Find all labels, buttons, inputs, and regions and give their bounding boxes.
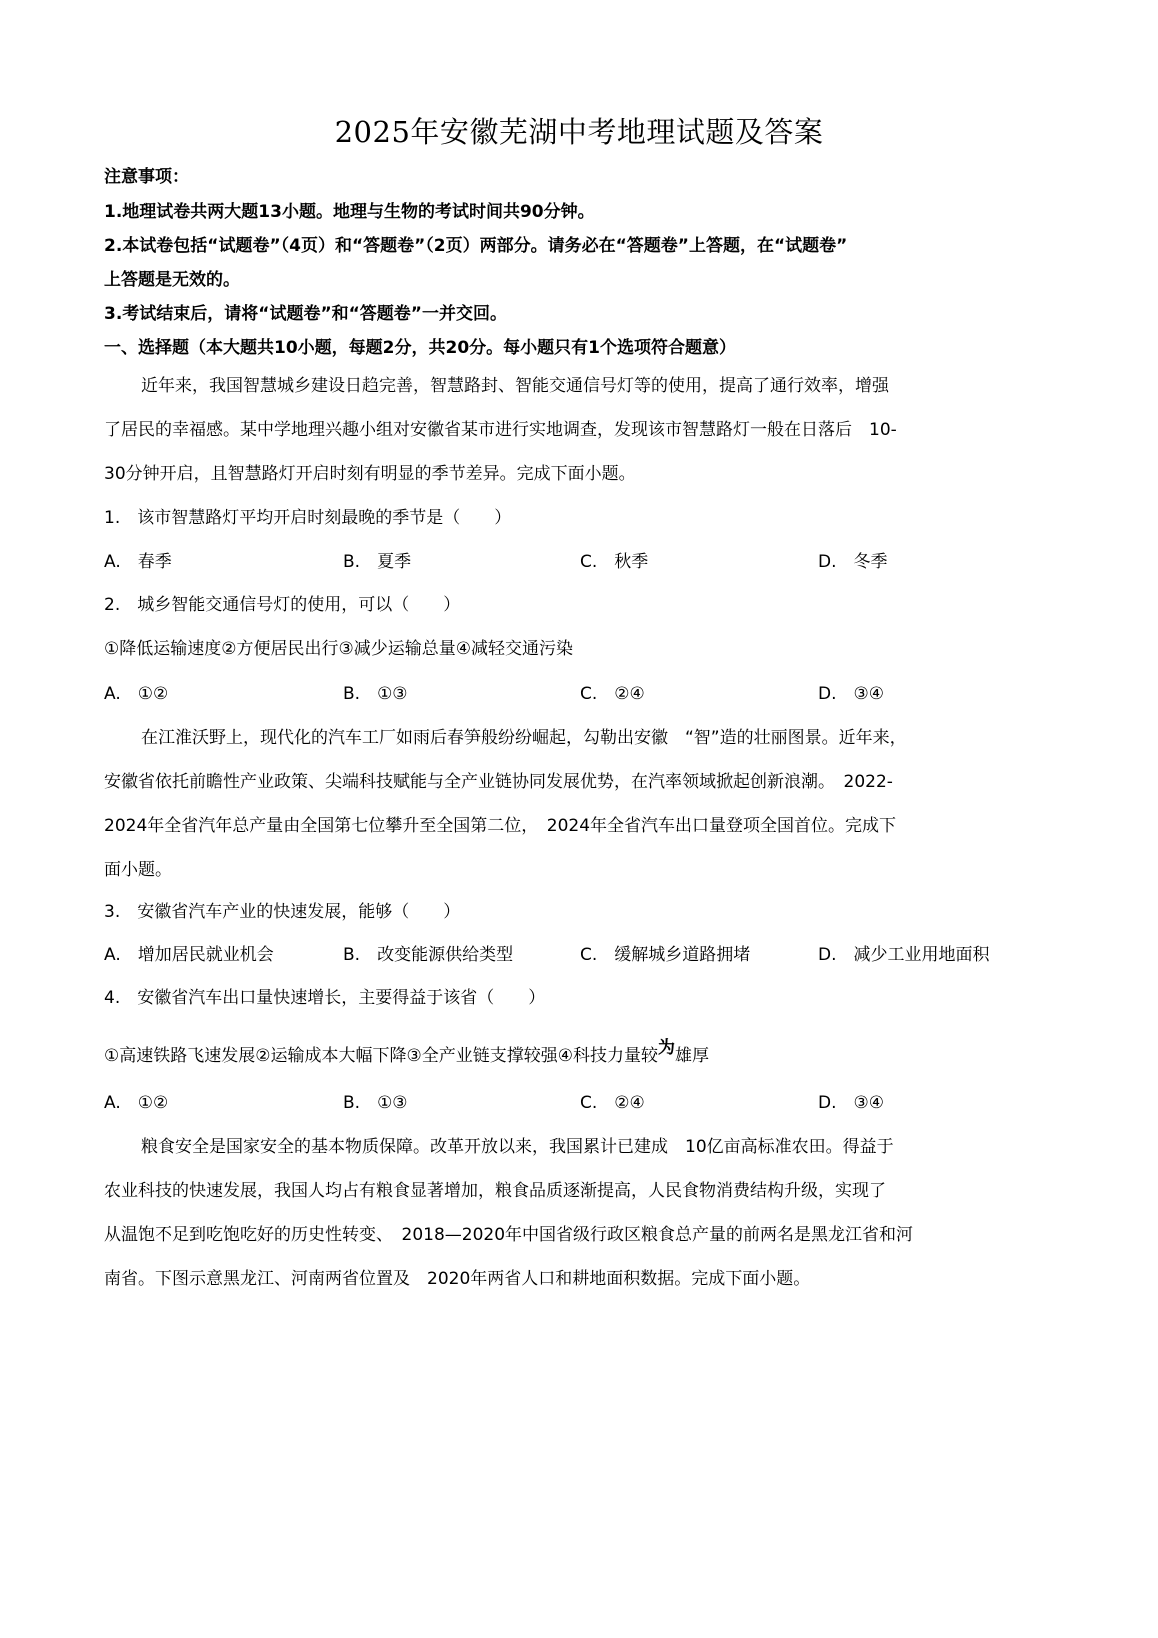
q1-option-d: D. 冬季	[818, 551, 888, 573]
document-title: 2025年安徽芜湖中考地理试题及答案	[0, 114, 1158, 150]
passage3-line: 南省。下图示意黑龙江、河南两省位置及 2020年两省人口和耕地面积数据。完成下面…	[104, 1268, 810, 1290]
section-heading: 一、选择题（本大题共10小题，每题2分，共20分。每小题只有1个选项符合题意）	[104, 337, 736, 359]
question-3-stem: 3. 安徽省汽车产业的快速发展，能够（ ）	[104, 901, 460, 923]
q4-option-c: C. ②④	[580, 1092, 645, 1114]
q2-option-b: B. ①③	[343, 683, 408, 705]
passage1-line: 近年来，我国智慧城乡建设日趋完善，智慧路封、智能交通信号灯等的使用，提高了通行效…	[141, 375, 889, 397]
q3-option-c: C. 缓解城乡道路拥堵	[580, 944, 750, 966]
q4-statements-text-end: 雄厚	[675, 1046, 709, 1066]
question-4-stem: 4. 安徽省汽车出口量快速增长，主要得益于该省（ ）	[104, 987, 545, 1009]
passage1-line: 30分钟开启，且智慧路灯开启时刻有明显的季节差异。完成下面小题。	[104, 463, 636, 485]
q4-option-d: D. ③④	[818, 1092, 884, 1114]
note-item-3: 3.考试结束后，请将“试题卷”和“答题卷”一并交回。	[104, 303, 507, 325]
passage3-line: 粮食安全是国家安全的基本物质保障。改革开放以来，我国累计已建成 10亿亩高标准农…	[141, 1136, 894, 1158]
q1-option-b: B. 夏季	[343, 551, 411, 573]
note-item-2-continued: 上答题是无效的。	[104, 269, 240, 291]
q1-option-c: C. 秋季	[580, 551, 648, 573]
q3-option-d: D. 减少工业用地面积	[818, 944, 990, 966]
question-2-stem: 2. 城乡智能交通信号灯的使用，可以（ ）	[104, 594, 460, 616]
q4-option-a: A. ①②	[104, 1092, 168, 1114]
q4-statements-text: ①高速铁路飞速发展②运输成本大幅下降③全产业链支撑较强④科技力量较	[104, 1046, 658, 1066]
passage3-line: 农业科技的快速发展，我国人均占有粮食显著增加，粮食品质逐渐提高，人民食物消费结构…	[104, 1180, 886, 1202]
q3-option-b: B. 改变能源供给类型	[343, 944, 513, 966]
passage2-line: 2024年全省汽年总产量由全国第七位攀升至全国第二位， 2024年全省汽车出口量…	[104, 815, 896, 837]
q4-option-b: B. ①③	[343, 1092, 408, 1114]
passage1-line: 了居民的幸福感。某中学地理兴趣小组对安徽省某市进行实地调查，发现该市智慧路灯一般…	[104, 419, 897, 441]
q2-option-a: A. ①②	[104, 683, 168, 705]
question-1-stem: 1. 该市智慧路灯平均开启时刻最晚的季节是（ ）	[104, 507, 511, 529]
q3-option-a: A. 增加居民就业机会	[104, 944, 274, 966]
note-item-1: 1.地理试卷共两大题13小题。地理与生物的考试时间共90分钟。	[104, 201, 595, 223]
exam-page: 2025年安徽芜湖中考地理试题及答案 注意事项： 1.地理试卷共两大题13小题。…	[0, 0, 1158, 1638]
passage2-line: 面小题。	[104, 859, 172, 881]
question-4-statements: ①高速铁路飞速发展②运输成本大幅下降③全产业链支撑较强④科技力量较为雄厚	[104, 1045, 709, 1067]
q1-option-a: A. 春季	[104, 551, 172, 573]
q2-option-c: C. ②④	[580, 683, 645, 705]
note-item-2: 2.本试卷包括“试题卷”（4页）和“答题卷”（2页）两部分。请务必在“答题卷”上…	[104, 235, 847, 257]
q4-statements-raised-char: 为	[658, 1038, 675, 1058]
passage3-line: 从温饱不足到吃饱吃好的历史性转变、 2018—2020年中国省级行政区粮食总产量…	[104, 1224, 913, 1246]
q2-option-d: D. ③④	[818, 683, 884, 705]
passage2-line: 在江淮沃野上，现代化的汽车工厂如雨后春笋般纷纷崛起，勾勒出安徽 “智”造的壮丽图…	[141, 727, 907, 749]
passage2-line: 安徽省依托前瞻性产业政策、尖端科技赋能与全产业链协同发展优势，在汽率领域掀起创新…	[104, 771, 893, 793]
question-2-statements: ①降低运输速度②方便居民出行③减少运输总量④减轻交通污染	[104, 638, 573, 660]
notes-heading: 注意事项：	[104, 166, 189, 188]
